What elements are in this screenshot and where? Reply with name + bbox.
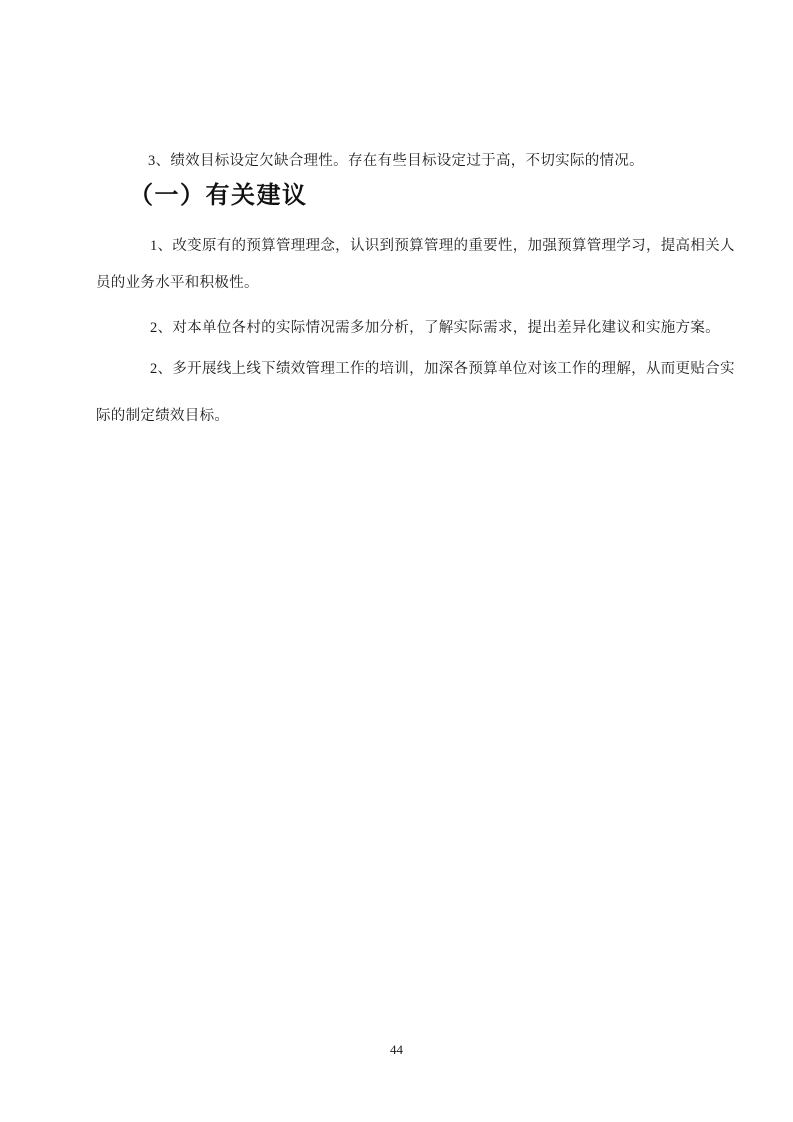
- page-number: 44: [0, 1043, 793, 1056]
- section-heading: （一）有关建议: [129, 184, 308, 208]
- paragraph-3-line-2: 际的制定绩效目标。: [96, 409, 229, 424]
- paragraph-1-line-1: 1、改变原有的预算管理理念，认识到预算管理的重要性，加强预算管理学习，提高相关人: [150, 239, 735, 254]
- paragraph-1-line-2: 员的业务水平和积极性。: [96, 276, 259, 291]
- paragraph-2-line-1: 2、对本单位各村的实际情况需多加分析，了解实际需求，提出差异化建议和实施方案。: [150, 321, 720, 336]
- document-page: 3、绩效目标设定欠缺合理性。存在有些目标设定过于高，不切实际的情况。 （一）有关…: [0, 0, 793, 1122]
- paragraph-3-line-1: 2、多开展线上线下绩效管理工作的培训，加深各预算单位对该工作的理解，从而更贴合实: [150, 362, 735, 377]
- list-item-3: 3、绩效目标设定欠缺合理性。存在有些目标设定过于高，不切实际的情况。: [148, 154, 644, 169]
